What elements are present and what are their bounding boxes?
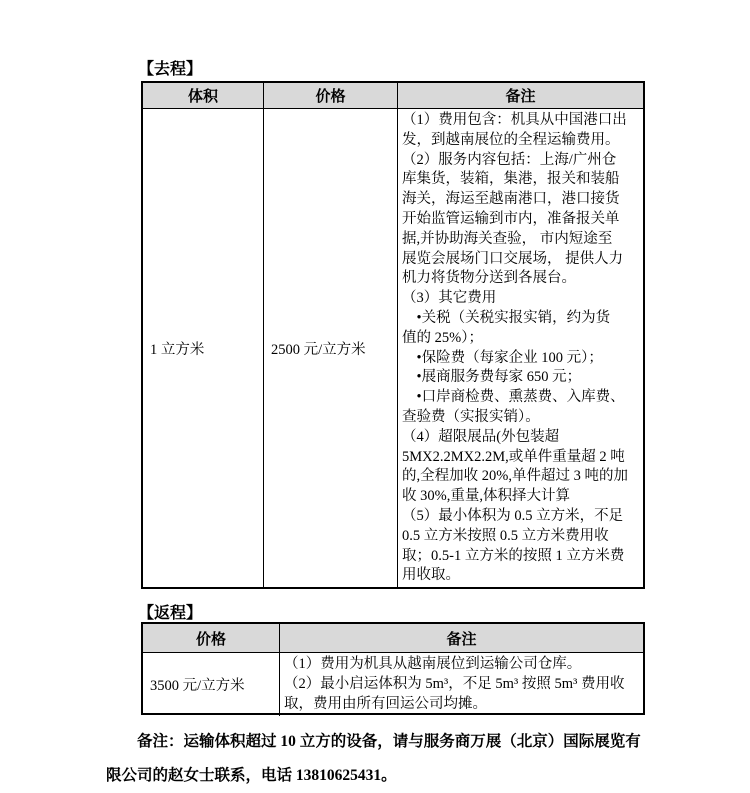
return-header-price: 价格 bbox=[143, 624, 279, 652]
outbound-section-label: 【去程】 bbox=[138, 56, 202, 79]
return-header-remarks: 备注 bbox=[279, 624, 643, 652]
outbound-header-remarks: 备注 bbox=[397, 83, 643, 108]
outbound-remarks-cell: （1）费用包含：机具从中国港口出 发，到越南展位的全程运输费用。 （2）服务内容… bbox=[397, 108, 643, 588]
outbound-header-price: 价格 bbox=[263, 83, 397, 108]
outbound-volume-cell: 1 立方米 bbox=[143, 108, 263, 588]
return-price-cell: 3500 元/立方米 bbox=[143, 652, 279, 716]
footnote-text: 备注：运输体积超过 10 立方的设备，请与服务商万展（北京）国际展览有 限公司的… bbox=[106, 725, 652, 793]
outbound-header-volume: 体积 bbox=[143, 83, 263, 108]
return-table: 价格 备注 3500 元/立方米 （1）费用为机具从越南展位到运输公司仓库。 （… bbox=[141, 622, 645, 715]
document-page: 【去程】 体积 价格 备注 1 立方米 2500 元/立方米 （1）费用包含：机… bbox=[0, 0, 750, 793]
return-remarks-cell: （1）费用为机具从越南展位到运输公司仓库。 （2）最小启运体积为 5m³，不足 … bbox=[279, 652, 643, 716]
return-section-label: 【返程】 bbox=[138, 600, 202, 623]
outbound-table: 体积 价格 备注 1 立方米 2500 元/立方米 （1）费用包含：机具从中国港… bbox=[141, 81, 645, 589]
outbound-price-cell: 2500 元/立方米 bbox=[263, 108, 397, 588]
